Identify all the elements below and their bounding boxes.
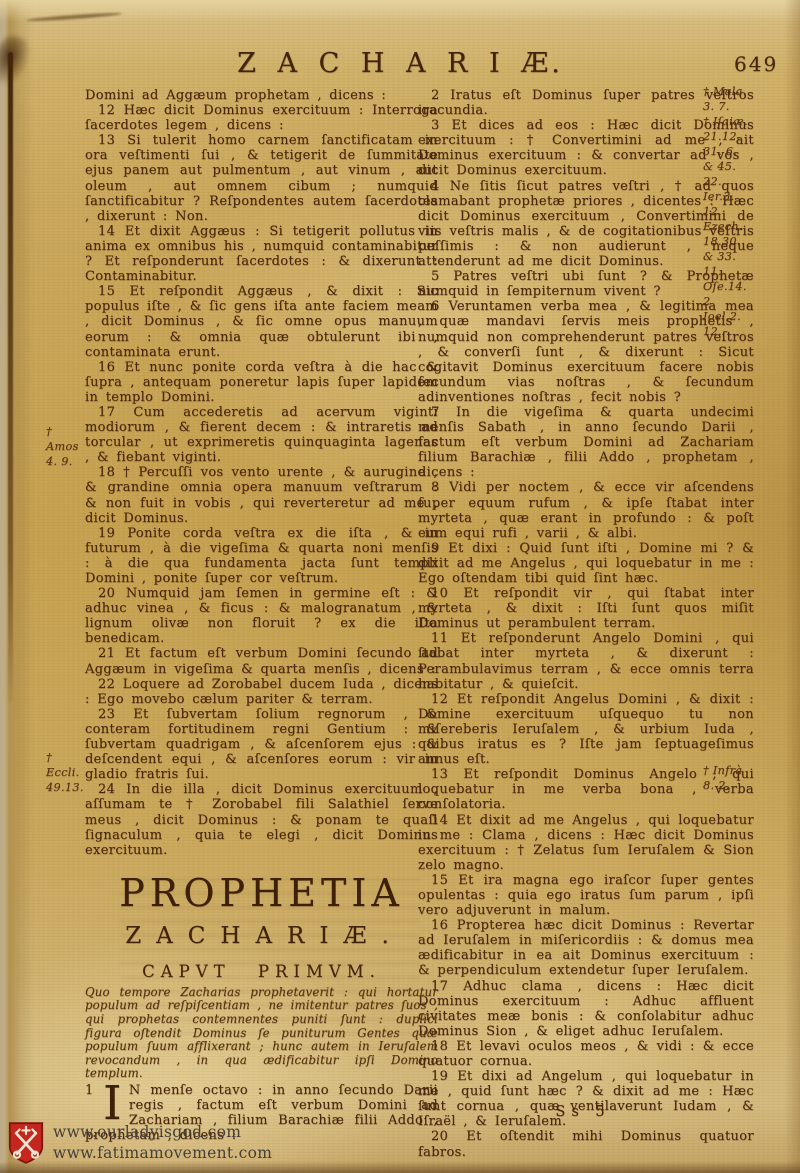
left-column-verses: Domini ad Aggæum prophetam , dicens :12 … (85, 88, 438, 858)
verse: 19 Ponite corda veſtra ex die iſta , & i… (85, 526, 438, 586)
book-subtitle-heading: ZACHARIÆ. (91, 923, 438, 950)
gutter-shadow-line (8, 52, 13, 702)
right-margin-notes: † Mala. 3. 7. † Iſaiæ. 21.12. 31. 6. & 4… (703, 0, 791, 1173)
verse-1-number: 1 (85, 1083, 102, 1098)
verse: 13 Si tulerit homo carnem ſanctificatam … (85, 133, 438, 224)
crossed-keys-shield-icon (8, 1121, 44, 1165)
verse: Domini ad Aggæum prophetam , dicens : (85, 88, 438, 103)
book-title-heading: PROPHETIA (85, 872, 438, 914)
watermark-link: www.fatimamovement.com (53, 1143, 272, 1164)
running-head-title: Z A C H A R I Æ. (237, 48, 563, 79)
watermark: www.ourladyisgod.comwww.fatimamovement.c… (8, 1121, 272, 1165)
watermark-link: www.ourladyisgod.com (53, 1122, 272, 1143)
margin-note: † Eccli. 49.13. (46, 750, 86, 795)
margin-note: † Mala. 3. 7. † Iſaiæ. 21.12. 31. 6. & 4… (703, 84, 748, 339)
margin-note: † Amos 4. 9. (46, 424, 86, 469)
verse: 22 Loquere ad Zorobabel ducem Iuda , dic… (85, 677, 438, 707)
drop-cap-initial: I (102, 1083, 129, 1124)
verse: 12 Hæc dicit Dominus exercituum : Interr… (85, 103, 438, 133)
chapter-heading: CAPVT PRIMVM. (85, 962, 438, 981)
left-text-column: Domini ad Aggæum prophetam , dicens :12 … (85, 88, 438, 1143)
margin-note: † Infrà 8. 2. (703, 763, 742, 793)
verse: 17 Cum accederetis ad acervum viginti mo… (85, 405, 438, 465)
verse: 16 Et nunc ponite corda veſtra à die hac… (85, 360, 438, 405)
gathering-signature: Ss 5 (548, 1104, 618, 1120)
verse: 21 Et factum eſt verbum Domini ſecundo a… (85, 646, 438, 676)
book-page-photo: Z A C H A R I Æ. 649 Domini ad Aggæum pr… (0, 0, 800, 1173)
verse: 15 Et reſpondit Aggæus , & dixit : Sic p… (85, 284, 438, 359)
page-top-edge (0, 0, 800, 22)
verse: 14 Et dixit Aggæus : Si tetigerit pollut… (85, 224, 438, 284)
chapter-argument: Quo tempore Zacharias prophetaverit : qu… (85, 986, 438, 1081)
left-margin-notes: † Amos 4. 9.† Eccli. 49.13. (46, 0, 86, 1173)
verse: 23 Et ſubvertam ſolium regnorum , & cont… (85, 707, 438, 782)
verse: 18 † Percuſſi vos vento urente , & aurug… (85, 465, 438, 525)
verse: 20 Numquid jam ſemen in germine eſt : & … (85, 586, 438, 646)
verse: 24 In die illa , dicit Dominus exercituu… (85, 782, 438, 857)
watermark-links: www.ourladyisgod.comwww.fatimamovement.c… (53, 1122, 272, 1164)
